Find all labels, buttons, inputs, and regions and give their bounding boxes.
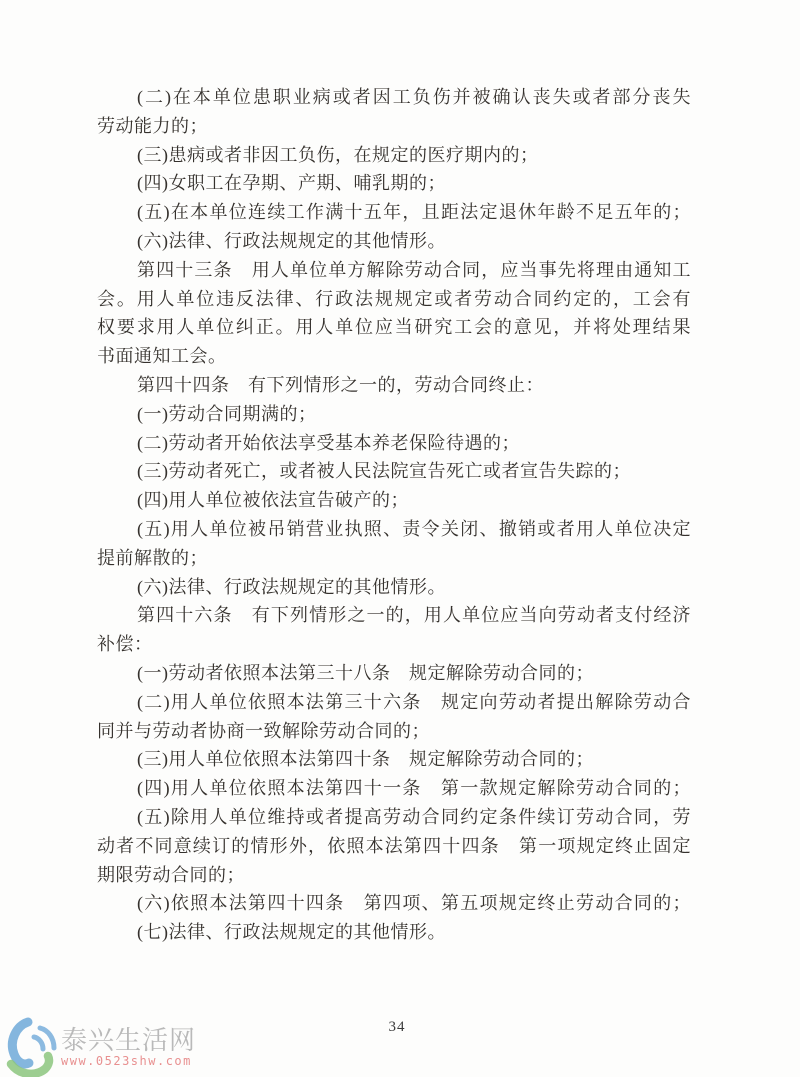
text-line: 动者不同意续订的情形外，依照本法第四十四条 第一项规定终止固定 [97, 832, 691, 861]
text-line: 期限劳动合同的； [97, 861, 691, 890]
text-line: 会。用人单位违反法律、行政法规规定或者劳动合同约定的，工会有 [97, 285, 691, 314]
text-line: (六)法律、行政法规规定的其他情形。 [97, 573, 691, 602]
text-line: 第四十四条 有下列情形之一的，劳动合同终止： [97, 371, 691, 400]
text-line: (二)劳动者开始依法享受基本养老保险待遇的； [97, 429, 691, 458]
text-line: (四)女职工在孕期、产期、哺乳期的； [97, 169, 691, 198]
text-line: 权要求用人单位纠正。用人单位应当研究工会的意见，并将处理结果 [97, 313, 691, 342]
text-line: (一)劳动者依照本法第三十八条 规定解除劳动合同的； [97, 659, 691, 688]
text-line: 提前解散的； [97, 544, 691, 573]
text-line: 补偿： [97, 630, 691, 659]
text-line: (四)用人单位被依法宣告破产的； [97, 486, 691, 515]
site-name: 泰兴生活网 [61, 1025, 196, 1055]
text-line: 第四十三条 用人单位单方解除劳动合同，应当事先将理由通知工 [97, 256, 691, 285]
text-line: (五)除用人单位维持或者提高劳动合同约定条件续订劳动合同，劳 [97, 803, 691, 832]
text-line: (五)用人单位被吊销营业执照、责令关闭、撤销或者用人单位决定 [97, 515, 691, 544]
text-line: (一)劳动合同期满的； [97, 400, 691, 429]
text-line: (三)劳动者死亡，或者被人民法院宣告死亡或者宣告失踪的； [97, 457, 691, 486]
site-url: www.0523shw.com [61, 1055, 196, 1068]
text-line: 同并与劳动者协商一致解除劳动合同的； [97, 717, 691, 746]
document-text: (二)在本单位患职业病或者因工负伤并被确认丧失或者部分丧失劳动能力的；(三)患病… [97, 83, 691, 947]
text-line: 劳动能力的； [97, 112, 691, 141]
text-line: 第四十六条 有下列情形之一的，用人单位应当向劳动者支付经济 [97, 601, 691, 630]
text-line: (二)用人单位依照本法第三十六条 规定向劳动者提出解除劳动合 [97, 688, 691, 717]
text-line: (五)在本单位连续工作满十五年，且距法定退休年龄不足五年的； [97, 198, 691, 227]
text-line: 书面通知工会。 [97, 342, 691, 371]
site-watermark: 泰兴生活网 www.0523shw.com [4, 1011, 196, 1077]
text-line: (六)法律、行政法规规定的其他情形。 [97, 227, 691, 256]
text-line: (二)在本单位患职业病或者因工负伤并被确认丧失或者部分丧失 [97, 83, 691, 112]
text-line: (三)用人单位依照本法第四十条 规定解除劳动合同的； [97, 745, 691, 774]
text-line: (六)依照本法第四十四条 第四项、第五项规定终止劳动合同的； [97, 889, 691, 918]
text-line: (三)患病或者非因工负伤，在规定的医疗期内的； [97, 141, 691, 170]
site-watermark-text: 泰兴生活网 www.0523shw.com [61, 1011, 196, 1068]
site-logo-icon [4, 1015, 58, 1077]
document-page: (二)在本单位患职业病或者因工负伤并被确认丧失或者部分丧失劳动能力的；(三)患病… [0, 0, 800, 1077]
text-line: (四)用人单位依照本法第四十一条 第一款规定解除劳动合同的； [97, 774, 691, 803]
text-line: (七)法律、行政法规规定的其他情形。 [97, 918, 691, 947]
